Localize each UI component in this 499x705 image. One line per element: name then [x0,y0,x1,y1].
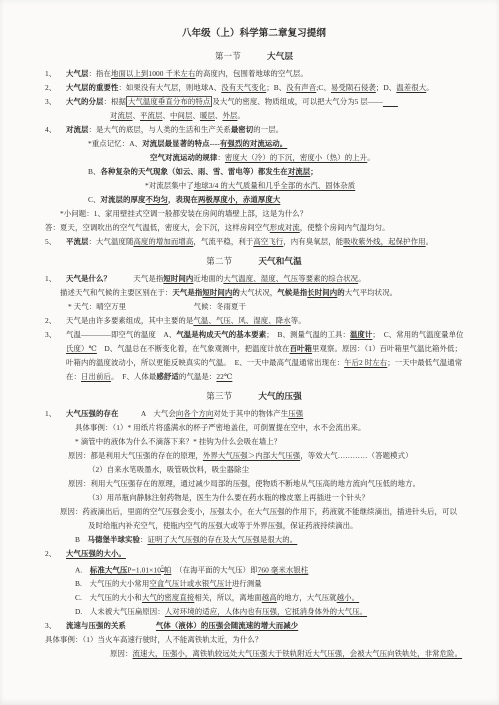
text-segment: ，使整个房间内气温均匀。 [300,223,390,232]
text-segment: *小问题：1、家用壁挂式空调一般都安装在房间的墙壁上部，这是为什么？ [60,209,307,218]
text-segment: 的 [337,288,345,297]
document-line: 原因：都是利用大气压强的存在的原理，外界大气压强＞内部大气压强，等效大气…………… [45,449,463,463]
section-heading: 第三节 大气的压强 [45,388,463,404]
text-segment: P=1.01×10 [127,565,161,574]
text-segment: 。 [358,274,366,283]
text-segment: 两极厚度小，赤道厚度大 [198,195,280,204]
text-segment: 具体事例：（1）当火车高速行驶时，人不能离铁轨太近，为什么？ [45,635,262,644]
text-segment: ：指在 [88,69,110,78]
text-segment: 大气状况， [240,288,277,297]
text-segment: 近地面的 [193,274,223,283]
text-segment: 原因：都是利用大气压强的存在的原理， [68,451,203,460]
text-segment: 等。 [291,316,306,325]
text-segment: ； [310,167,318,176]
text-segment: 气温、气压、风、湿度、降水 [193,316,290,325]
text-segment: 天气是什么？ [66,274,111,283]
text-segment: 外层 [222,111,237,120]
text-segment: 第一节 [215,51,267,61]
document-line: B 马德堡半球实验：证明了大气压强的存在及大气压强是很大的。 [45,533,463,547]
text-segment: 暖层 [200,111,215,120]
document-line: C. 大气压的大小和大气的密度直接相关，所以，离地面越高的地方，大气压就越小。 [45,591,463,605]
text-segment: 压强 [288,409,303,418]
text-segment: 对流层 [288,167,310,176]
text-segment: B [75,535,88,544]
text-segment: 大气的分层 [66,97,103,106]
text-segment: 的地方，大气压就 [277,593,337,602]
item-number: 3、 [45,619,66,633]
text-segment: 中间层 [170,111,192,120]
text-segment: 及时给瓶内补充空气，使瓶内空气的压强大或等于外界压强，保证药液持续滴出。 [88,521,358,530]
text-segment: *对流层集中了 [145,181,194,190]
text-segment: 、 [192,111,200,120]
document-line: 对流层、平流层、中间层、暖层、外层。 [45,109,463,123]
text-segment: D. 人未被大气压扁原因： [75,607,165,616]
text-segment: C. 大气压的大小和 [75,593,142,602]
document-line: 叶箱内的温度波动小，所以更能反映真实的气温。 E、一天中最高气温通常出现在：午后… [45,356,463,370]
item-number: 3、 [45,95,66,109]
text-segment: 及大气的密度、物质组成，可以把大气分为5 层—— [212,97,383,106]
text-segment: B. 大气压的大小常用 [75,579,149,588]
document-line: * 天气：晴空万里 气候：冬雨夏干 [45,300,463,314]
document-line: 原因：利用大气压强存在的原理，通过减少局部的压强，使物质不断地从气压高的地方流向… [45,477,463,491]
document-line: *对流层集中了地球3/4 的大气质量和几乎全部的水汽、固体杂质 [45,179,463,193]
text-segment: * 天气：晴空万里 气候：冬雨夏干 [68,302,246,311]
text-segment: 对流层最显著的特点---- [142,139,220,148]
document-page: 八年级（上）科学第二章复习提纲第一节 大气层1、大气层：指在地面以上到1000 … [0,0,499,705]
text-segment: 对处于其中的物体产生 [213,409,288,418]
text-segment: 对流层 [110,111,132,120]
text-segment: 天气是指 [172,288,202,297]
text-segment: ：根据 [103,97,125,106]
text-segment: （3）用吊瓶向静脉注射药物是，医生为什么要在药水瓶的橡皮塞上再插进一个针头？ [88,493,369,502]
text-segment: ，气流平稳，利于 [193,237,253,246]
text-segment: 越高 [262,593,277,602]
text-segment: 大气平均状况。 [345,288,397,297]
text-segment: D、气温总在不断变化着，在气象观测中，把温度计放在 [97,344,290,353]
text-segment: A. [75,565,90,574]
text-segment: 大气的密度直接 [142,593,194,602]
text-segment: 易受陨石侵袭 [331,83,376,92]
text-segment: 没有天气变化 [221,83,266,92]
document-line: 1、大气压强的存在 A 大气会向各个方向对处于其中的物体产生压强 [45,407,463,421]
text-segment: 大气压强的大小。 [66,549,126,558]
document-line: *重点记忆：A、对流层最显著的特点----有强烈的对流运动。 [45,137,463,151]
text-segment: 温差很大 [396,83,426,92]
text-segment: 形成对流 [270,223,300,232]
document-line: *小问题：1、家用壁挂式空调一般都安装在房间的墙壁上部，这是为什么？ [45,207,463,221]
item-number: 2、 [45,314,66,328]
text-segment: 外界大气压强＞内部大气压强 [203,451,300,460]
text-segment: ：大气温度随 [88,237,133,246]
text-segment: 八年级（上）科学第二章复习提纲 [182,29,326,39]
text-segment: 有强烈的对流运动。 [220,139,287,148]
item-number: 1、 [45,272,66,286]
document-line: 1、大气层：指在地面以上到1000 千米左右的高度内，包围着地球的空气层。 [45,67,463,81]
text-segment: （在海平面的大气压）即 [171,565,257,574]
text-segment: 天气和气温 [258,256,301,266]
text-segment: 第二节 [206,256,258,266]
text-segment: ； C、常用的气温度量单位： [372,330,463,339]
text-segment: 的气温是： [179,372,216,381]
text-segment: 向各个方向 [176,409,213,418]
text-segment: 不均匀 [145,195,167,204]
document-line: * 滴管中的液体为什么不滴落下来？* 挂钩为什么会吸在墙上？ [45,435,463,449]
document-body: 八年级（上）科学第二章复习提纲第一节 大气层1、大气层：指在地面以上到1000 … [45,26,463,661]
text-segment: 22℃ [216,372,232,381]
text-segment: 里观察。原因：（1）百叶箱里气温比箱外低；（2）百 [312,344,463,353]
item-number: 5、 [45,235,66,249]
text-segment: 气候是指 [277,288,307,297]
item-number: 3、 [45,328,66,342]
text-segment: 对流层的厚度 [101,195,146,204]
document-line: 1、天气是什么？ 天气是指短时间内近地面的大气温度、湿度、气压等要素的综合状况。 [45,272,463,286]
text-segment: 短时间内 [202,288,232,297]
text-segment: 气温是构成天气的基本要素 [176,330,266,339]
text-segment: 短时间内 [163,274,193,283]
item-number: 1、 [45,407,66,421]
text-segment: 气温————即空气的温度 A、 [66,330,176,339]
text-segment: 大气层的重要性 [66,83,118,92]
text-segment: 长时间内 [307,288,337,297]
document-line: 原因：流速大，压强小，离铁轨较远处大气压强大于铁轨附近大气压强，会被大气压向铁轨… [45,647,463,661]
text-segment: 地球3/4 的大气质量和几乎全部的水汽、固体杂质 [194,181,356,190]
text-segment: 。 [237,111,245,120]
text-segment: 午后2 时左右 [344,358,387,367]
text-segment: 越小。 [337,593,359,602]
document-line: 及时给瓶内补充空气，使瓶内空气的压强大或等于外界压强，保证药液持续滴出。 [45,519,463,533]
item-number: 1、 [45,67,66,81]
text-segment: 大气的压强 [258,391,301,401]
text-segment: ；D、 [376,83,396,92]
text-segment: C、 [88,195,101,204]
text-segment: 流速与压强的关系 [66,621,126,630]
text-segment: 。 [426,237,434,246]
text-segment: 答：夏天，空调吹出的空气气温低，密度大，会下沉，这样房间空气 [45,223,270,232]
text-segment: 对流层 [66,125,88,134]
document-line: B. 大气压的大小常用空盒气压计或水银气压计进行测量 [45,577,463,591]
text-segment: 相关，所以，离地面 [194,593,261,602]
document-line: 2、大气层的重要性：如果没有大气层，则地球A、没有天气变化；B、没有声音;C、易… [45,81,463,95]
document-line: D. 人未被大气压扁原因：人对环境的适应，人体内也有压强，它抵消身体外的大气压。 [45,605,463,619]
document-line: 具体事例：（1）* 用纸片将盛满水的杯子严密地盖住，可倒置提在空中，水不会流出来… [45,421,463,435]
text-segment: 。 F、人体最 [111,372,156,381]
text-segment: * 滴管中的液体为什么不滴落下来？* 挂钩为什么会吸在墙上？ [75,437,281,446]
document-line: 4、对流层：是大气的底层，与人类的生活和生产关系最密切的一层。 [45,123,463,137]
text-segment: 原因：利用大气压强存在的原理，通过减少局部的压强，使物质不断地从气压高的地方流向… [68,479,420,488]
document-line: 3、流速与压强的关系 气体（液体）的压强会随流速的增大而减少 [45,619,463,633]
text-segment: 没有声音 [286,83,316,92]
text-segment: 的高度内，包围着地球的空气层。 [196,69,308,78]
text-segment: 具体事例：（1）* 用纸片将盛满水的杯子严密地盖住，可倒置提在空中，水不会流出来… [75,423,366,432]
text-segment: 、 [132,111,140,120]
text-segment: 第三节 [206,391,258,401]
item-number: 2、 [45,81,66,95]
text-segment: 描述天气和气候的主要区别在于： [60,288,172,297]
document-line: 2、大气压强的大小。 [45,547,463,561]
text-segment: 原因：药液滴出后，里面的空气压强会变小，压强太小，在大气压强的作用下，药液就不能… [60,507,457,516]
text-segment: 平流层 [66,237,88,246]
document-line: （3）用吊瓶向静脉注射药物是，医生为什么要在药水瓶的橡皮塞上再插进一个针头？ [45,491,463,505]
text-segment [383,97,398,106]
document-line: A. 标准大气压P=1.01×105帕 （在海平面的大气压）即760 毫米水银柱 [45,561,463,577]
document-line: 具体事例：（1）当火车高速行驶时，人不能离铁轨太近，为什么？ [45,633,463,647]
text-segment: 各种复杂的天气现象（如云、雨、雪、雷电等）都发生在 [101,167,288,176]
text-segment: 氏度）℃ [66,344,97,353]
text-segment: 高度的增加而增高 [133,237,193,246]
text-segment: 最密切 [231,125,253,134]
text-segment: ，等效大气…………（答题模式） [300,451,412,460]
text-segment: 证明了大气压强的存在及大气压强是很大的。 [147,535,297,544]
text-segment: 760 毫米水银柱 [258,565,309,574]
text-segment: 大气压强的存在 [66,409,118,418]
text-segment: 天气是由许多要素组成，其中主要的是 [66,316,193,325]
document-line: 氏度）℃ D、气温总在不断变化着，在气象观测中，把温度计放在百叶箱里观察。原因：… [45,342,463,356]
text-segment: 吸收紫外线，起保护作用 [343,237,425,246]
boxed-text-segment: 大气温度垂直分布的特点 [126,96,212,107]
text-segment: 气体（液体）的压强会随流速的增大而减少 [156,621,298,630]
text-segment: 人对环境的适应，人体内也有压强，它抵消身体外的大气压。 [165,607,367,616]
text-segment: ： [217,153,225,162]
text-segment: 天气是指 [111,274,163,283]
text-segment: 。 [367,153,375,162]
text-segment: ：如果没有大气层，则地球A、 [118,83,221,92]
document-line: 2、天气是由许多要素组成，其中主要的是气温、气压、风、湿度、降水等。 [45,314,463,328]
text-segment: ；一天中最低气温通常出现 [387,358,463,367]
document-line: 描述天气和气候的主要区别在于：天气是指短时间内的大气状况，气候是指长时间内的大气… [45,286,463,300]
text-segment: ，内有臭氧层，能 [283,237,343,246]
text-segment: 空气对流运动的规律 [150,153,217,162]
text-segment: 大气层 [267,51,293,61]
text-segment: 温度计 [350,330,372,339]
section-heading: 第一节 大气层 [45,48,463,64]
text-segment: （2）自来水笔吸墨水，吸管吸饮料，吸尘器除尘 [88,465,249,474]
text-segment: 大气温度、湿度、气压等要素的综合状况 [223,274,358,283]
text-segment: 的一层。 [253,125,283,134]
text-segment: 感舒适 [156,372,178,381]
text-segment: 大气层 [66,69,88,78]
document-title: 八年级（上）科学第二章复习提纲 [45,26,463,43]
text-segment: 、 [162,111,170,120]
document-line: 答：夏天，空调吹出的空气气温低，密度大，会下沉，这样房间空气形成对流，使整个房间… [45,221,463,235]
document-line: 3、气温————即空气的温度 A、气温是构成天气的基本要素； B、测量气温的工具… [45,328,463,342]
text-segment: 马德堡半球实验 [88,535,140,544]
text-segment: ;C、 [316,83,331,92]
text-segment: 密度大（冷）的下沉，密度小（热）的上升 [225,153,367,162]
text-segment: 流速大，压强小，离铁轨较远处大气压强大于铁轨附近大气压强，会被大气压向铁轨处，非… [132,649,462,658]
text-segment: 日出前后 [81,372,111,381]
text-segment: 。 [426,83,434,92]
text-segment: 地面以上到1000 千米左右 [111,69,196,78]
text-segment: 标准大气压 [90,565,127,574]
text-segment: ；B、 [266,83,286,92]
text-segment: 百叶箱 [290,344,312,353]
text-segment: ； B、测量气温的工具： [266,330,350,339]
item-number: 2、 [45,547,66,561]
text-segment: 在： [66,372,81,381]
text-segment: 平流层 [140,111,162,120]
text-segment: ：是大气的底层，与人类的生活和生产关系 [88,125,230,134]
item-number: 4、 [45,123,66,137]
text-segment: B、 [88,167,101,176]
text-segment: 高空飞行 [253,237,283,246]
document-line: 5、平流层：大气温度随高度的增加而增高，气流平稳，利于高空飞行，内有臭氧层，能吸… [45,235,463,249]
document-line: 在：日出前后。 F、人体最感舒适的气温是：22℃ [45,370,463,384]
text-segment: 进行测量 [232,579,262,588]
text-segment: 空盒气压计或水银气压计 [149,579,231,588]
text-segment: 的 [232,288,240,297]
document-line: B、各种复杂的天气现象（如云、雨、雪、雷电等）都发生在对流层； [45,165,463,179]
document-line: C、对流层的厚度不均匀，表现在两极厚度小，赤道厚度大 [45,193,463,207]
document-line: 3、大气的分层：根据大气温度垂直分布的特点及大气的密度、物质组成，可以把大气分为… [45,95,463,109]
document-line: 原因：药液滴出后，里面的空气压强会变小，压强太小，在大气压强的作用下，药液就不能… [45,505,463,519]
text-segment: 叶箱内的温度波动小，所以更能反映真实的气温。 E、一天中最高气温通常出现在： [66,358,344,367]
text-segment: ，表现在 [168,195,198,204]
text-segment: *重点记忆：A、 [88,139,142,148]
text-segment [126,621,156,630]
document-line: 空气对流运动的规律：密度大（冷）的下沉，密度小（热）的上升。 [45,151,463,165]
document-line: （2）自来水笔吸墨水，吸管吸饮料，吸尘器除尘 [45,463,463,477]
text-segment: 原因： [110,649,132,658]
section-heading: 第二节 天气和气温 [45,253,463,269]
text-segment: A 大气会 [118,409,175,418]
